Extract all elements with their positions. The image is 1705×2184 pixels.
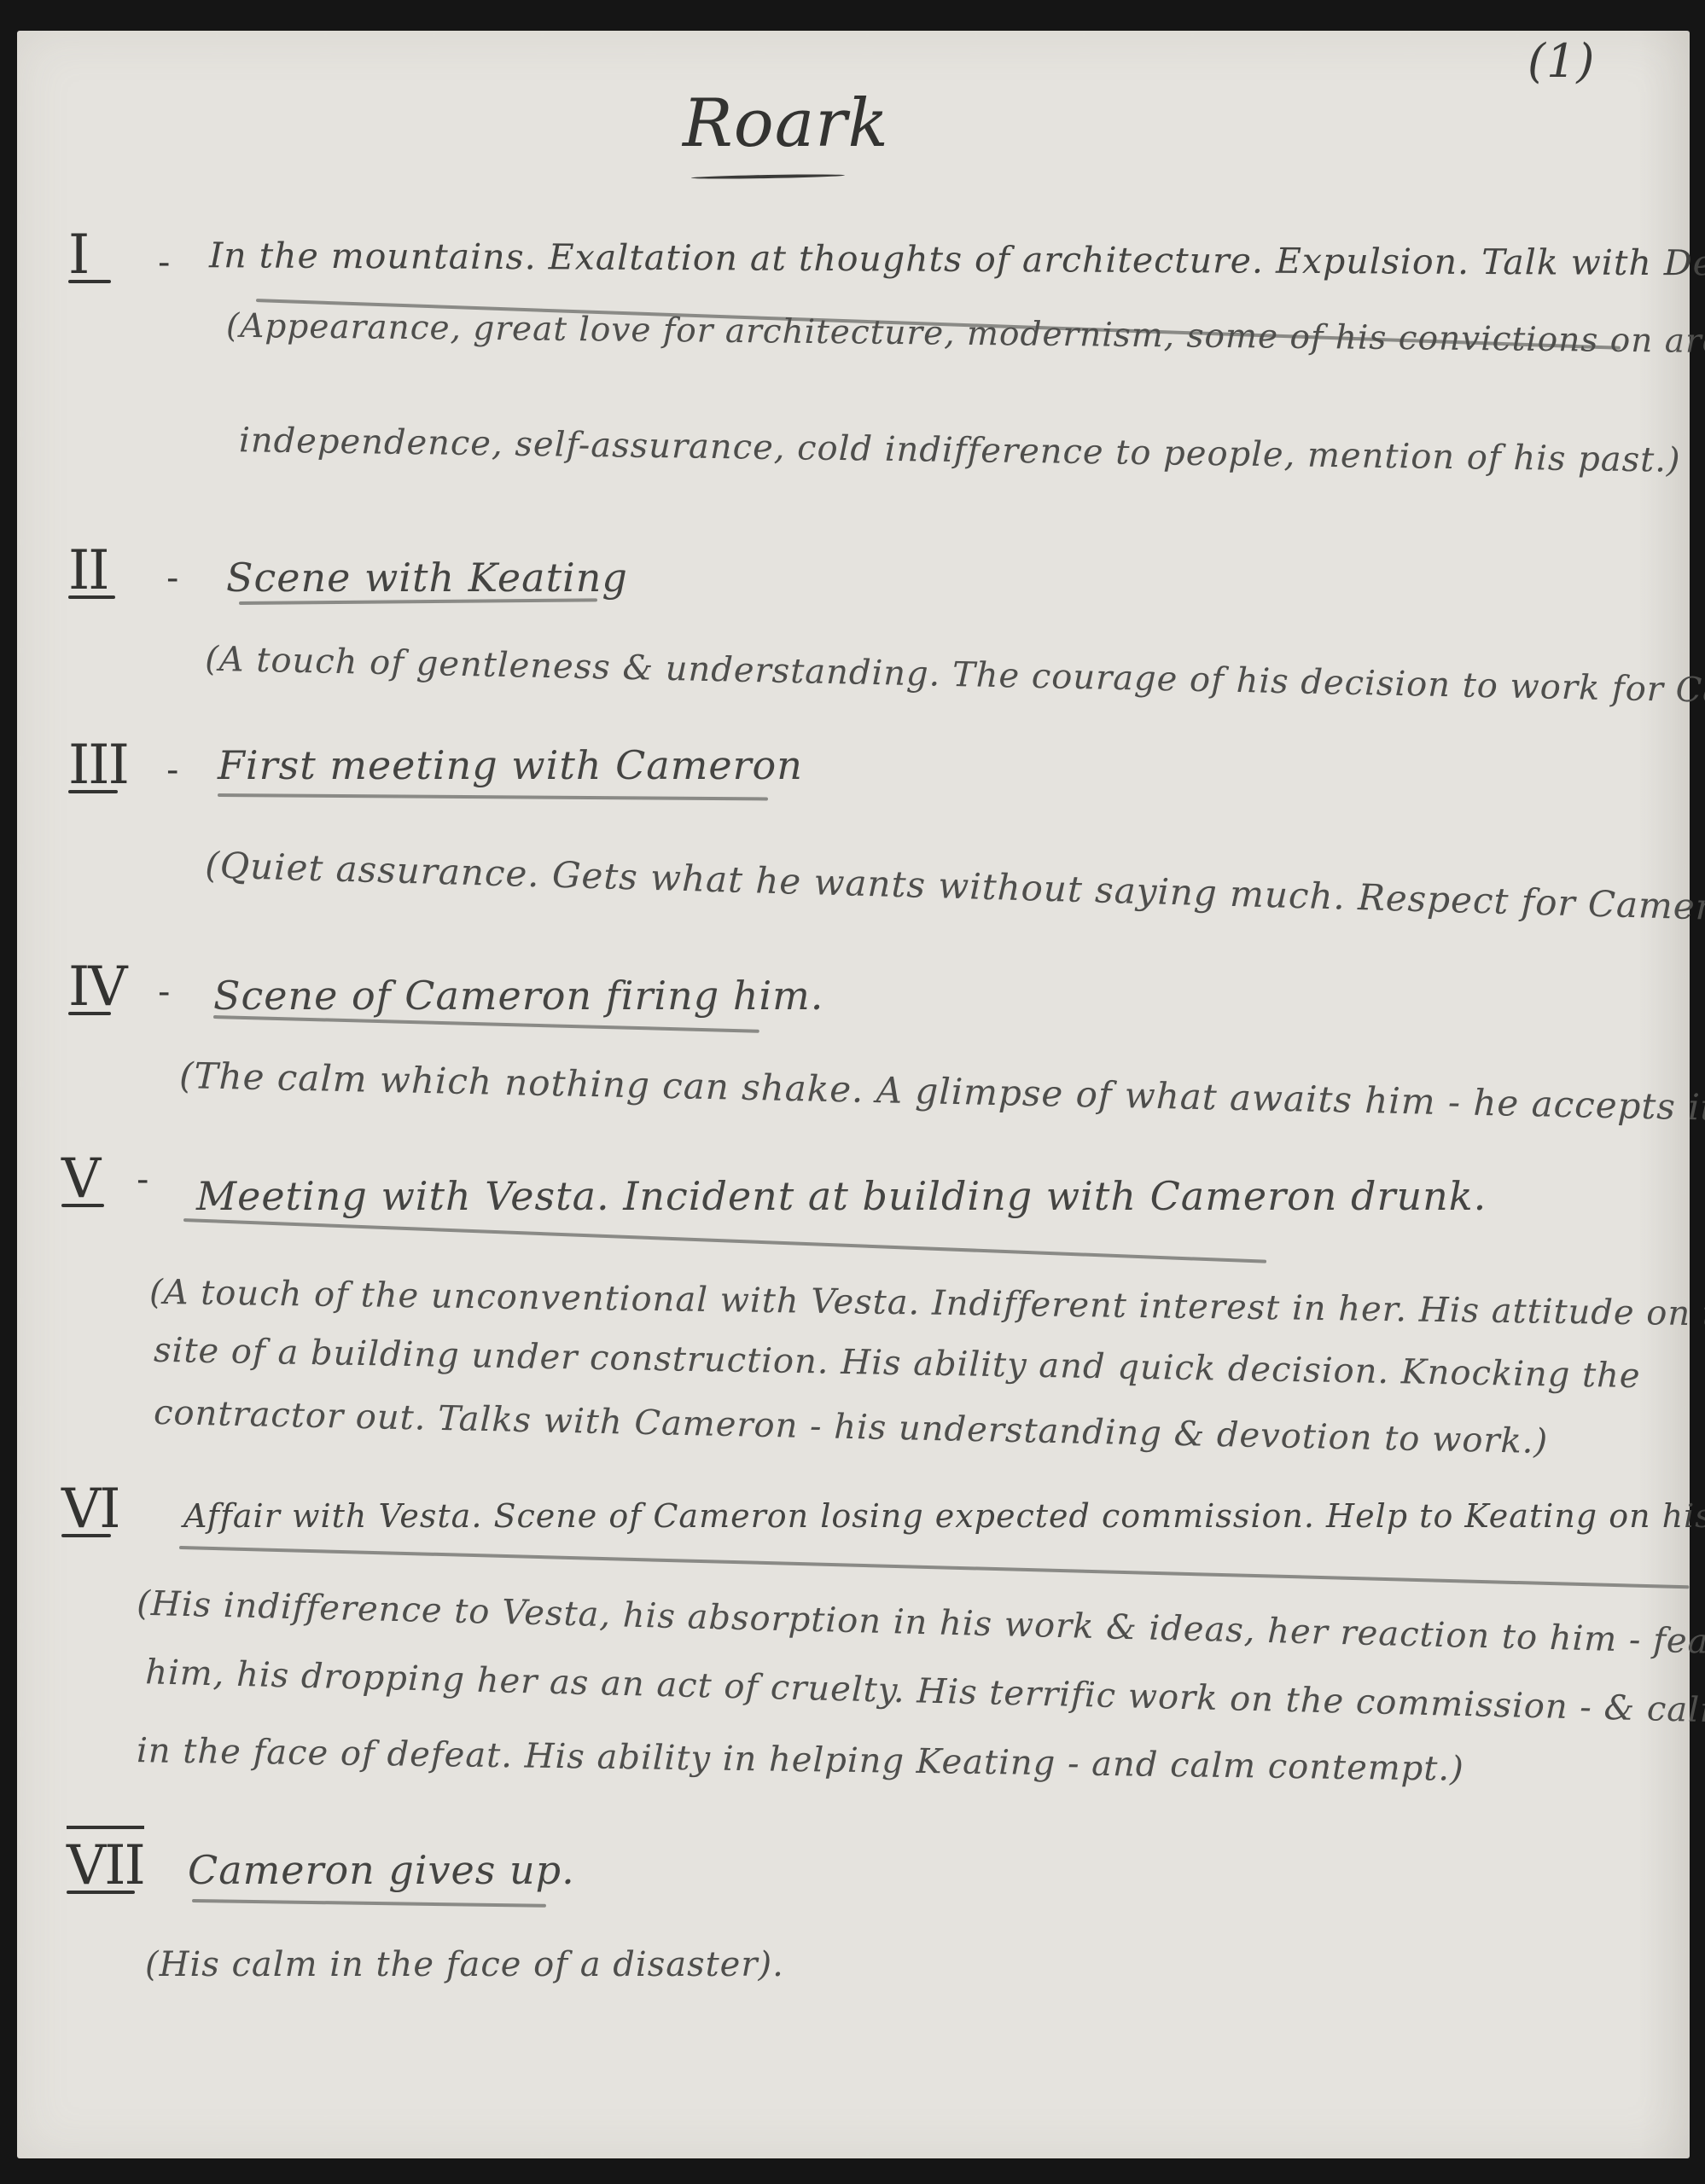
section-separator: - [137,1160,148,1199]
section-heading: Cameron gives up. [188,1847,575,1893]
section-separator: - [158,243,170,282]
section-numeral: IV [68,955,126,1015]
section-separator: - [166,751,178,790]
scan-background: (1) Roark I - In the mountains. Exaltati… [0,0,1705,2184]
section-heading: Meeting with Vesta. Incident at building… [196,1173,1487,1219]
page-title: Roark [683,85,889,162]
section-separator: - [158,973,170,1012]
section-numeral: II [68,539,115,599]
section-heading: Scene with Keating [226,555,628,601]
section-heading: Scene of Cameron firing him. [213,973,823,1019]
section-heading: In the mountains. Exaltation at thoughts… [209,235,1705,284]
section-numeral: I [68,224,111,283]
section-separator: - [166,559,178,598]
page-number: (1) [1528,34,1596,88]
section-numeral: VI [61,1478,119,1537]
section-numeral: V [61,1147,104,1207]
section-numeral: VII [67,1826,144,1894]
section-numeral: III [68,734,128,793]
section-heading: Affair with Vesta. Scene of Cameron losi… [183,1497,1705,1535]
section-heading: First meeting with Cameron [218,742,803,788]
section-detail-line: (His calm in the face of a disaster). [145,1945,784,1984]
